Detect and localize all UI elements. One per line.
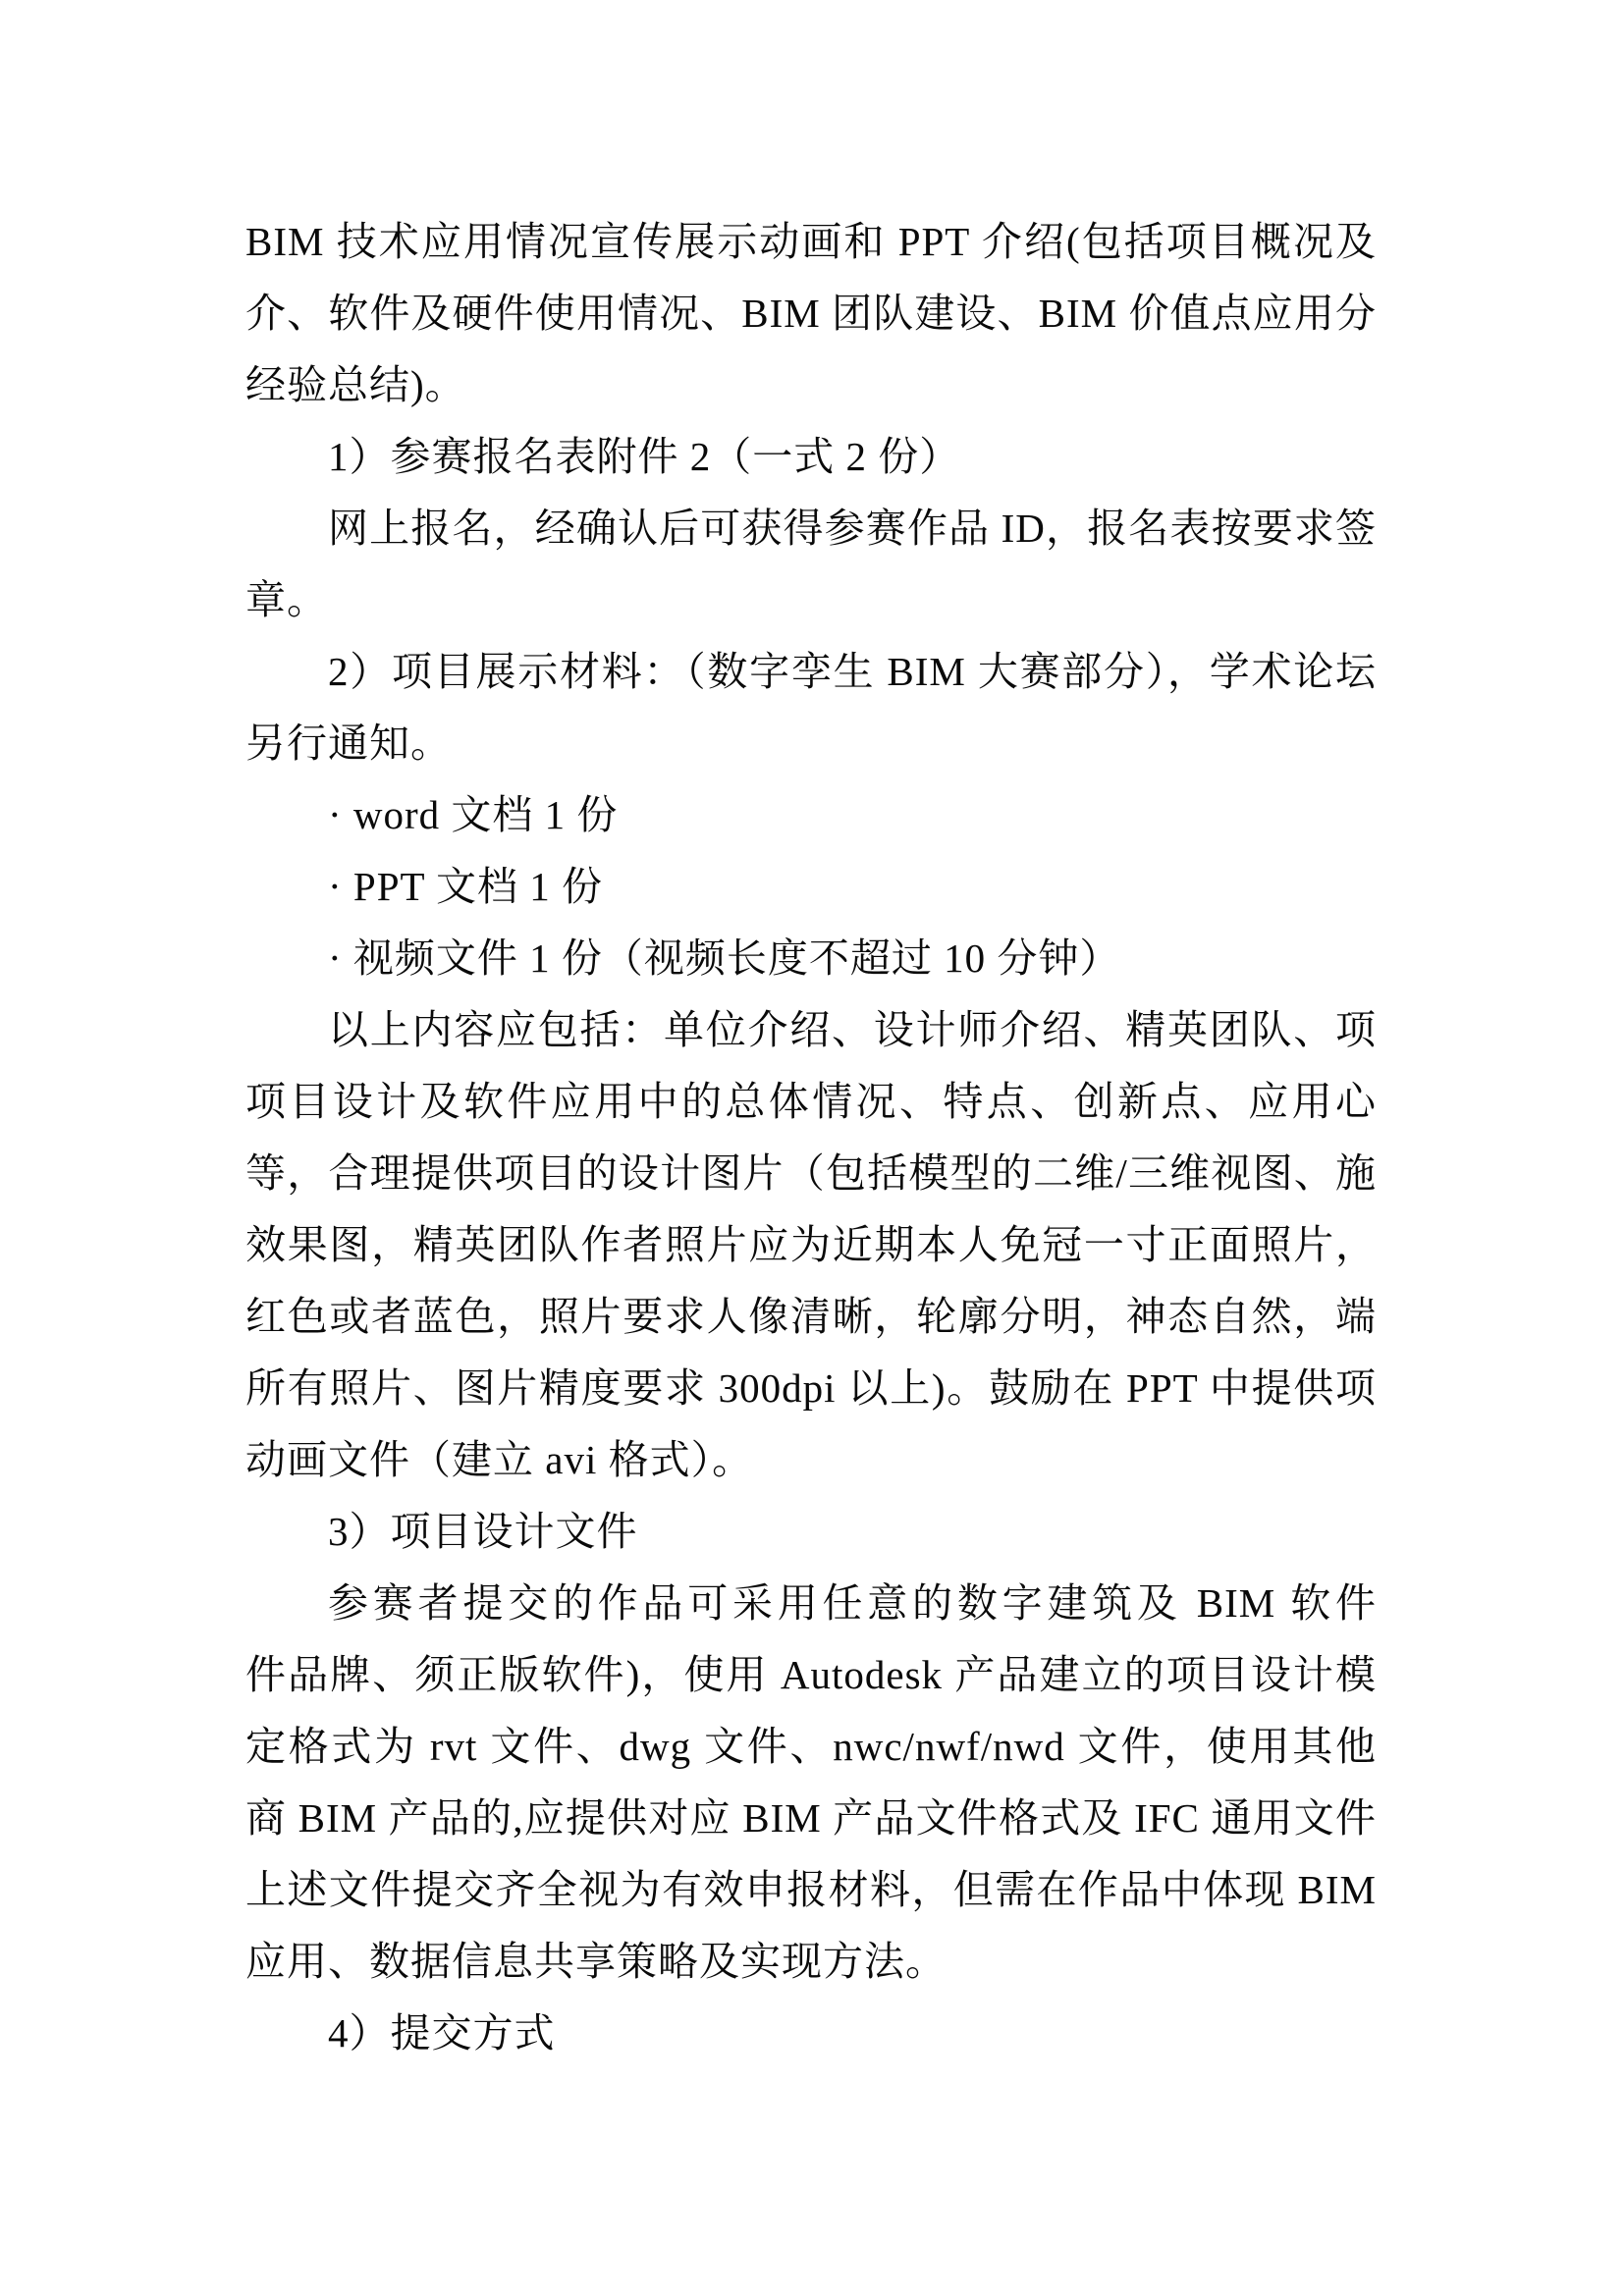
text-line: · PPT 文档 1 份 xyxy=(245,851,1377,923)
text-line: 件品牌、须正版软件)，使用 Autodesk 产品建立的项目设计模型指 xyxy=(245,1639,1377,1711)
text-line: 动画文件（建立 avi 格式）。 xyxy=(245,1424,1377,1496)
text-line: 网上报名，经确认后可获得参赛作品 ID，报名表按要求签字盖 xyxy=(245,493,1377,564)
text-line: 上述文件提交齐全视为有效申报材料，但需在作品中体现 BIM 技术 xyxy=(245,1854,1377,1926)
text-line: 等，合理提供项目的设计图片（包括模型的二维/三维视图、施工图、 xyxy=(245,1138,1377,1209)
text-line: 经验总结)。 xyxy=(245,349,1377,421)
text-line: BIM 技术应用情况宣传展示动画和 PPT 介绍(包括项目概况及单位简 xyxy=(245,206,1377,278)
text-line: · 视频文件 1 份（视频长度不超过 10 分钟） xyxy=(245,923,1377,994)
text-line: 介、软件及硬件使用情况、BIM 团队建设、BIM 价值点应用分析、 xyxy=(245,278,1377,349)
document-text-block: BIM 技术应用情况宣传展示动画和 PPT 介绍(包括项目概况及单位简介、软件及… xyxy=(245,206,1377,2069)
text-line: 定格式为 rvt 文件、dwg 文件、nwc/nwf/nwd 文件，使用其他软件… xyxy=(245,1711,1377,1783)
text-line: 所有照片、图片精度要求 300dpi 以上)。鼓励在 PPT 中提供项目的 xyxy=(245,1353,1377,1424)
text-line: 项目设计及软件应用中的总体情况、特点、创新点、应用心得、总结 xyxy=(245,1066,1377,1138)
text-line: 红色或者蓝色，照片要求人像清晰，轮廓分明，神态自然，端正大方。 xyxy=(245,1281,1377,1353)
text-line: 1）参赛报名表附件 2（一式 2 份） xyxy=(245,421,1377,493)
text-line: 参赛者提交的作品可采用任意的数字建筑及 BIM 软件（不限软 xyxy=(245,1568,1377,1639)
text-line: 以上内容应包括：单位介绍、设计师介绍、精英团队、项目说明、 xyxy=(245,994,1377,1066)
text-line: 另行通知。 xyxy=(245,708,1377,779)
text-line: 应用、数据信息共享策略及实现方法。 xyxy=(245,1926,1377,1998)
text-line: · word 文档 1 份 xyxy=(245,779,1377,851)
text-line: 商 BIM 产品的,应提供对应 BIM 产品文件格式及 IFC 通用文件格式， xyxy=(245,1783,1377,1854)
text-line: 2）项目展示材料：（数字孪生 BIM 大赛部分），学术论坛的部分 xyxy=(245,636,1377,708)
document-page: BIM 技术应用情况宣传展示动画和 PPT 介绍(包括项目概况及单位简介、软件及… xyxy=(0,0,1624,2296)
text-line: 章。 xyxy=(245,564,1377,636)
text-line: 3）项目设计文件 xyxy=(245,1496,1377,1568)
text-line: 效果图，精英团队作者照片应为近期本人免冠一寸正面照片，背景为 xyxy=(245,1209,1377,1281)
text-line: 4）提交方式 xyxy=(245,1998,1377,2069)
